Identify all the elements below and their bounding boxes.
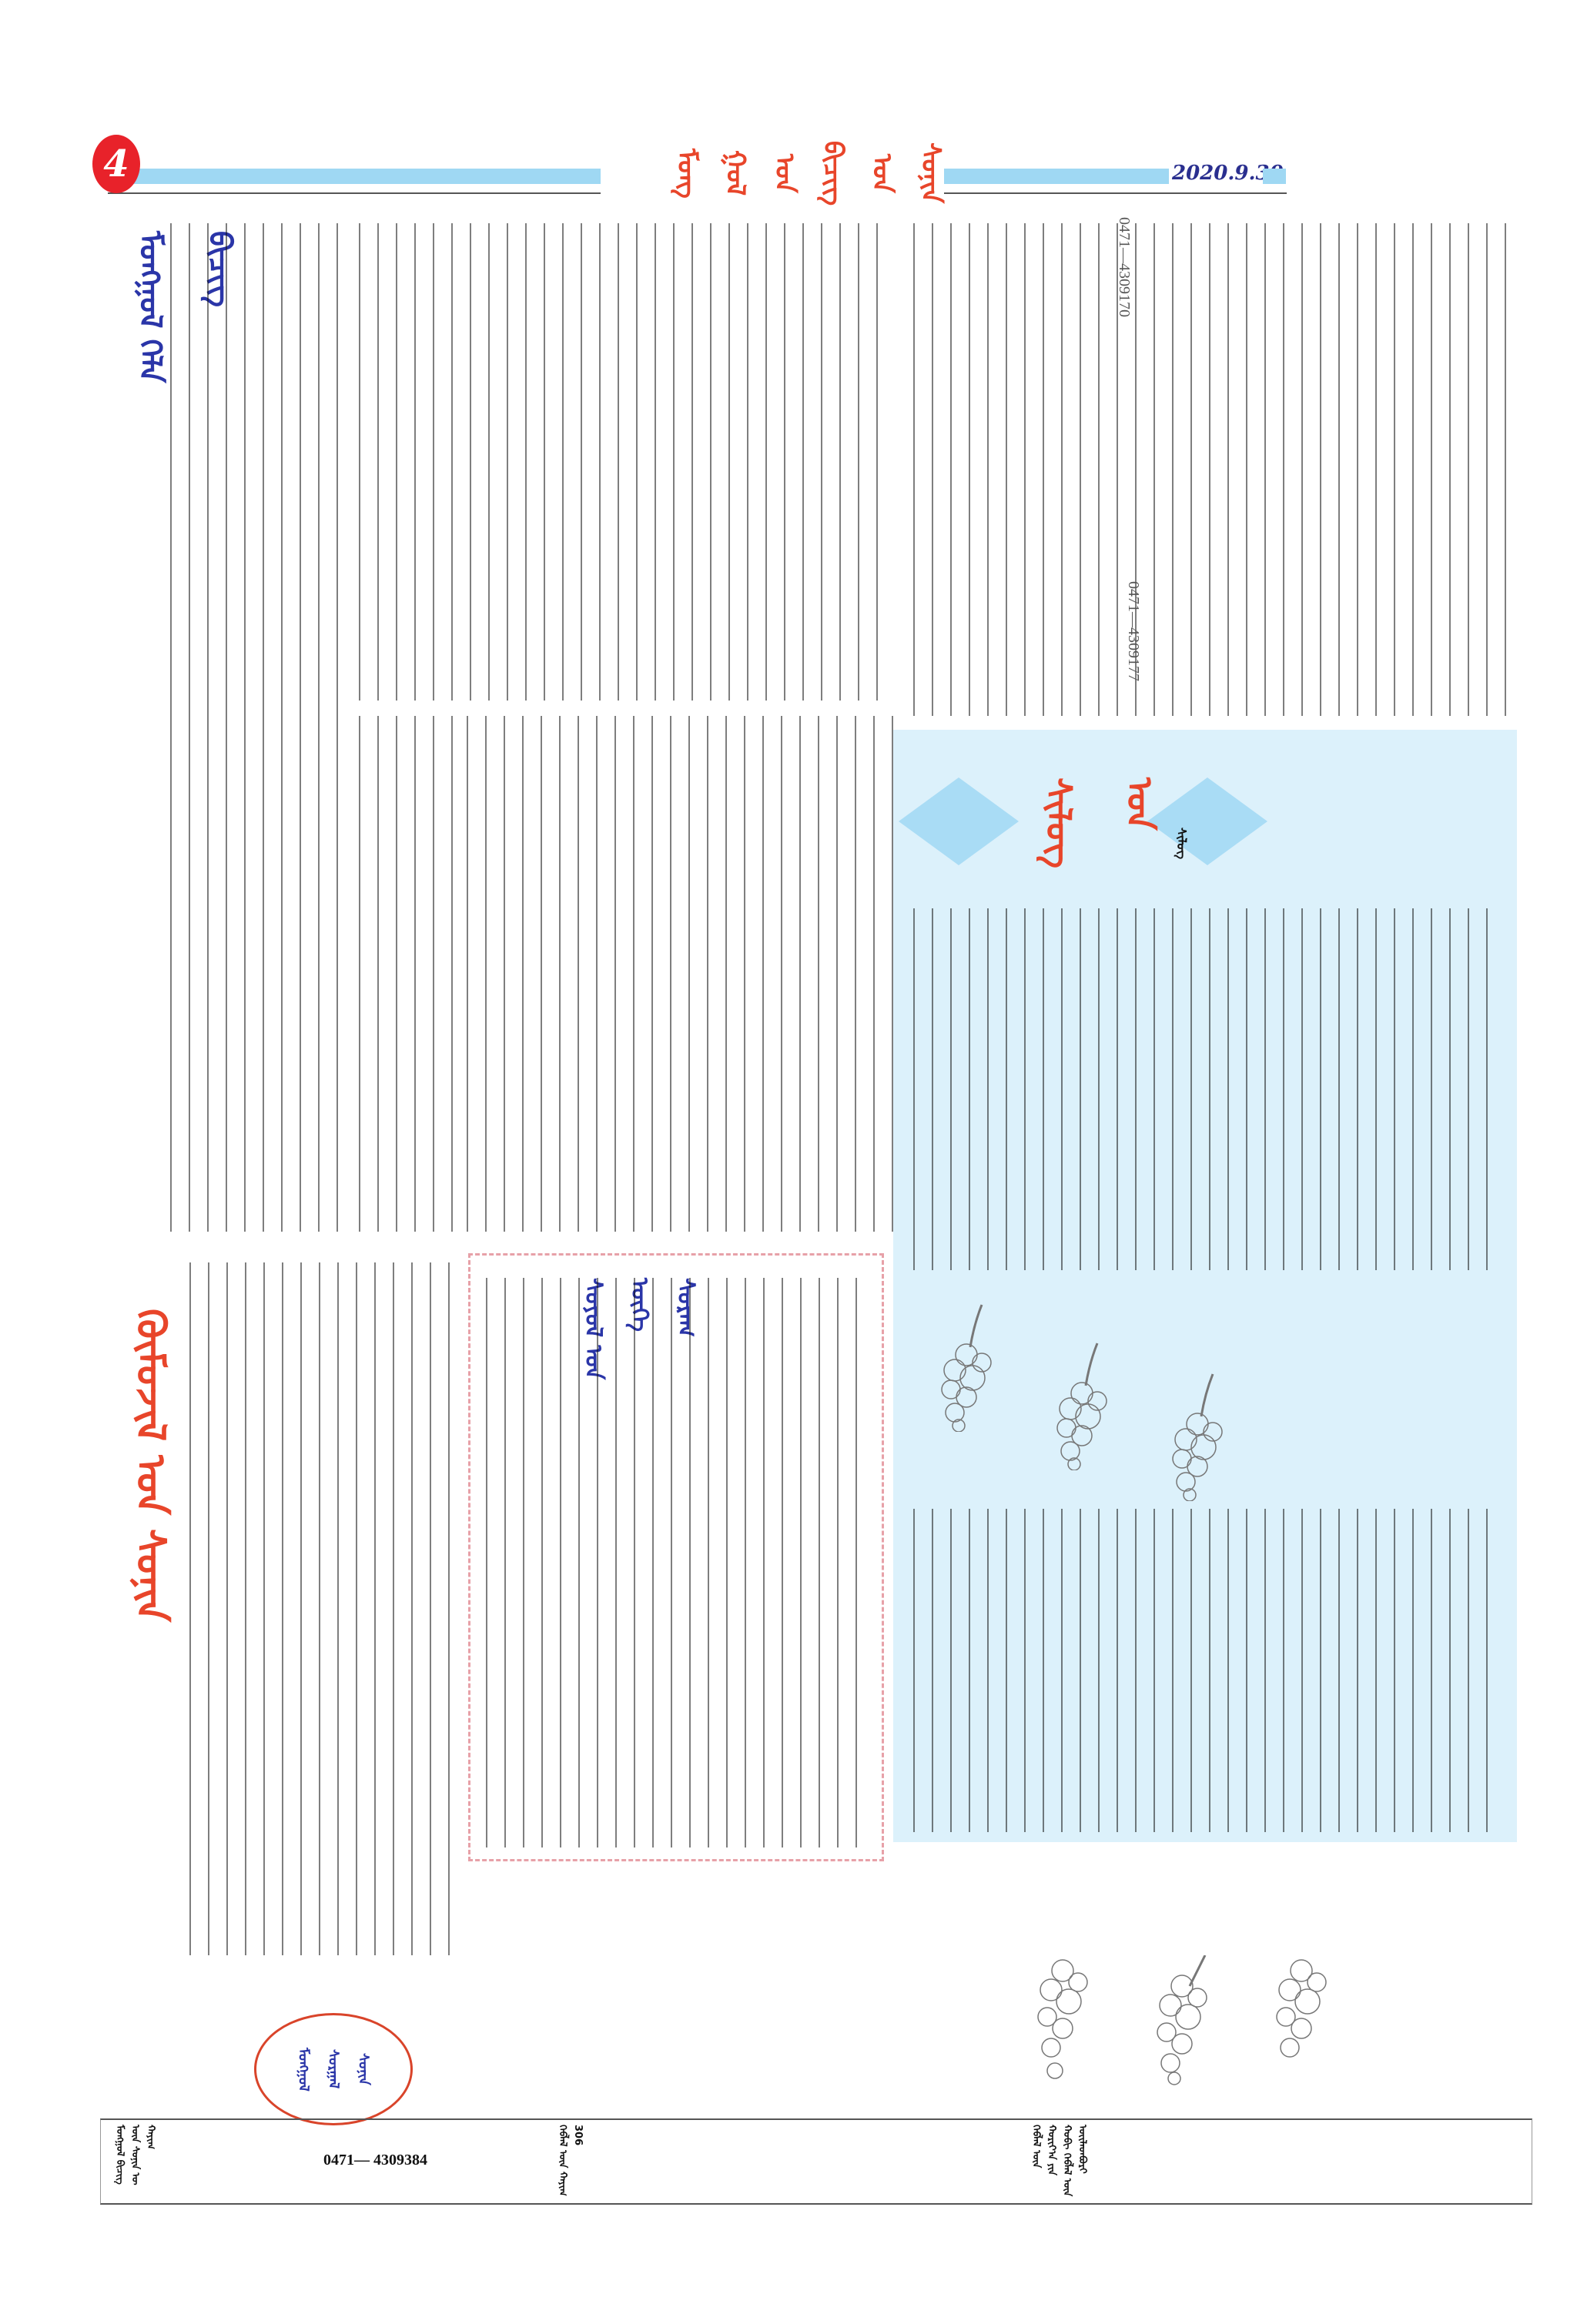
oval-text: ᠰᠤᠷᠭᠠᠯ (322, 2049, 346, 2088)
title-word: ᠮᠣᠩᠭᠣᠯ (132, 231, 168, 329)
masthead-word: ᠤᠨ (761, 154, 807, 193)
center-article-body-2 (462, 716, 893, 1232)
phone-number-1: 0471—4309170 (1115, 217, 1133, 317)
poem-box-label: ᠰᠢᠯᠦᠭ (1172, 828, 1190, 859)
header-bar-left (108, 169, 601, 184)
header-bar-after-date (1263, 169, 1286, 184)
grape-icon (1024, 1955, 1101, 2086)
header-rule-right (944, 192, 1287, 194)
red-box-body (481, 1278, 874, 1847)
grape-icon (928, 1301, 1005, 1432)
page-number-badge: 4 (92, 135, 140, 193)
phone-number-2: 0471—4309177 (1124, 581, 1142, 681)
grape-icon (1143, 1955, 1220, 2086)
grape-icon (1043, 1339, 1120, 1470)
oval-text: ᠰᠣᠨᠢᠨ (352, 2053, 376, 2085)
grape-icon (1263, 1955, 1340, 2086)
footer-middle-text: ᠬᠡᠪᠯᠡᠯ ᠦᠨ ᠬᠠᠶᠢᠭ 306 (554, 2125, 747, 2202)
title-word: ᠬᠦᠮᠦᠵᠢᠯ (127, 1309, 173, 1441)
oval-text: ᠮᠣᠩᠭᠣᠯ (292, 2048, 316, 2092)
center-article-title: ᠮᠣᠩᠭᠣᠯ ᠪᠢᠴᠢᠭ ᠦᠨ ᠰᠣᠶᠣᠯ ᠤᠨ ᠦᠪ ᠢ ᠬᠠᠮᠠᠭᠠᠯᠠᠬᠤ (362, 231, 385, 693)
footer-right-text: ᠬᠡᠪᠯᠡᠯ ᠦᠨ ᠬᠣᠷᠢᠶ᠎ᠠ ᠶᠢᠨ ᠬᠣᠪᠢ ᠬᠡᠪᠯᠡᠯ ᠦᠨ ᠦᠢᠯ… (1028, 2125, 1398, 2202)
poem-box-title-2: ᠤᠨ (1109, 777, 1170, 878)
title-word: ᠬᠡᠯᠡ (132, 339, 168, 383)
poem-box-title-1: ᠰᠢᠯᠦᠭ (1028, 777, 1090, 878)
section-red-title: ᠬᠦᠮᠦᠵᠢᠯ ᠤᠨ ᠰᠣᠨᠢᠨ (116, 1309, 185, 1740)
footer-left-text: ᠮᠣᠩᠭᠣᠯ ᠪᠢᠴᠢᠭ ᠦᠨ ᠰᠣᠨᠢᠨ ᠦ ᠬᠠᠶᠢᠭ (112, 2125, 212, 2202)
masthead-word: ᠮᠣᠩ (664, 149, 710, 199)
footer-phone: 0471— 4309384 (323, 2152, 427, 2169)
title-word: ᠰᠣᠨᠢᠨ (127, 1529, 173, 1622)
oval-badge: ᠮᠣᠩᠭᠣᠯ ᠰᠤᠷᠭᠠᠯ ᠰᠣᠨᠢᠨ (254, 2013, 413, 2125)
poem-lines-top (909, 908, 1502, 1270)
masthead-word: ᠭᠣᠯ (712, 150, 758, 196)
center-article-body (354, 223, 893, 701)
masthead-word: ᠰᠣᠨᠢᠨ (907, 142, 953, 203)
title-word: ᠤᠨ (127, 1455, 173, 1515)
masthead-word: ᠪᠢᠴᠢᠭ (810, 141, 856, 206)
left-article-body-2 (354, 716, 454, 1232)
masthead-word: ᠤᠨ (859, 154, 905, 193)
left-article-body (166, 223, 347, 1232)
poem-lines-bottom (909, 1509, 1502, 1832)
header-rule-left (108, 192, 601, 194)
masthead: ᠮᠣᠩ ᠭᠣᠯ ᠤᠨ ᠪᠢᠴᠢᠭ ᠤᠨ ᠰᠣᠨᠢᠨ (662, 146, 955, 200)
grape-icon (1159, 1370, 1236, 1501)
bullet-list (185, 1262, 462, 1955)
right-top-article-body (909, 223, 1517, 716)
header-bar-right (944, 169, 1169, 184)
